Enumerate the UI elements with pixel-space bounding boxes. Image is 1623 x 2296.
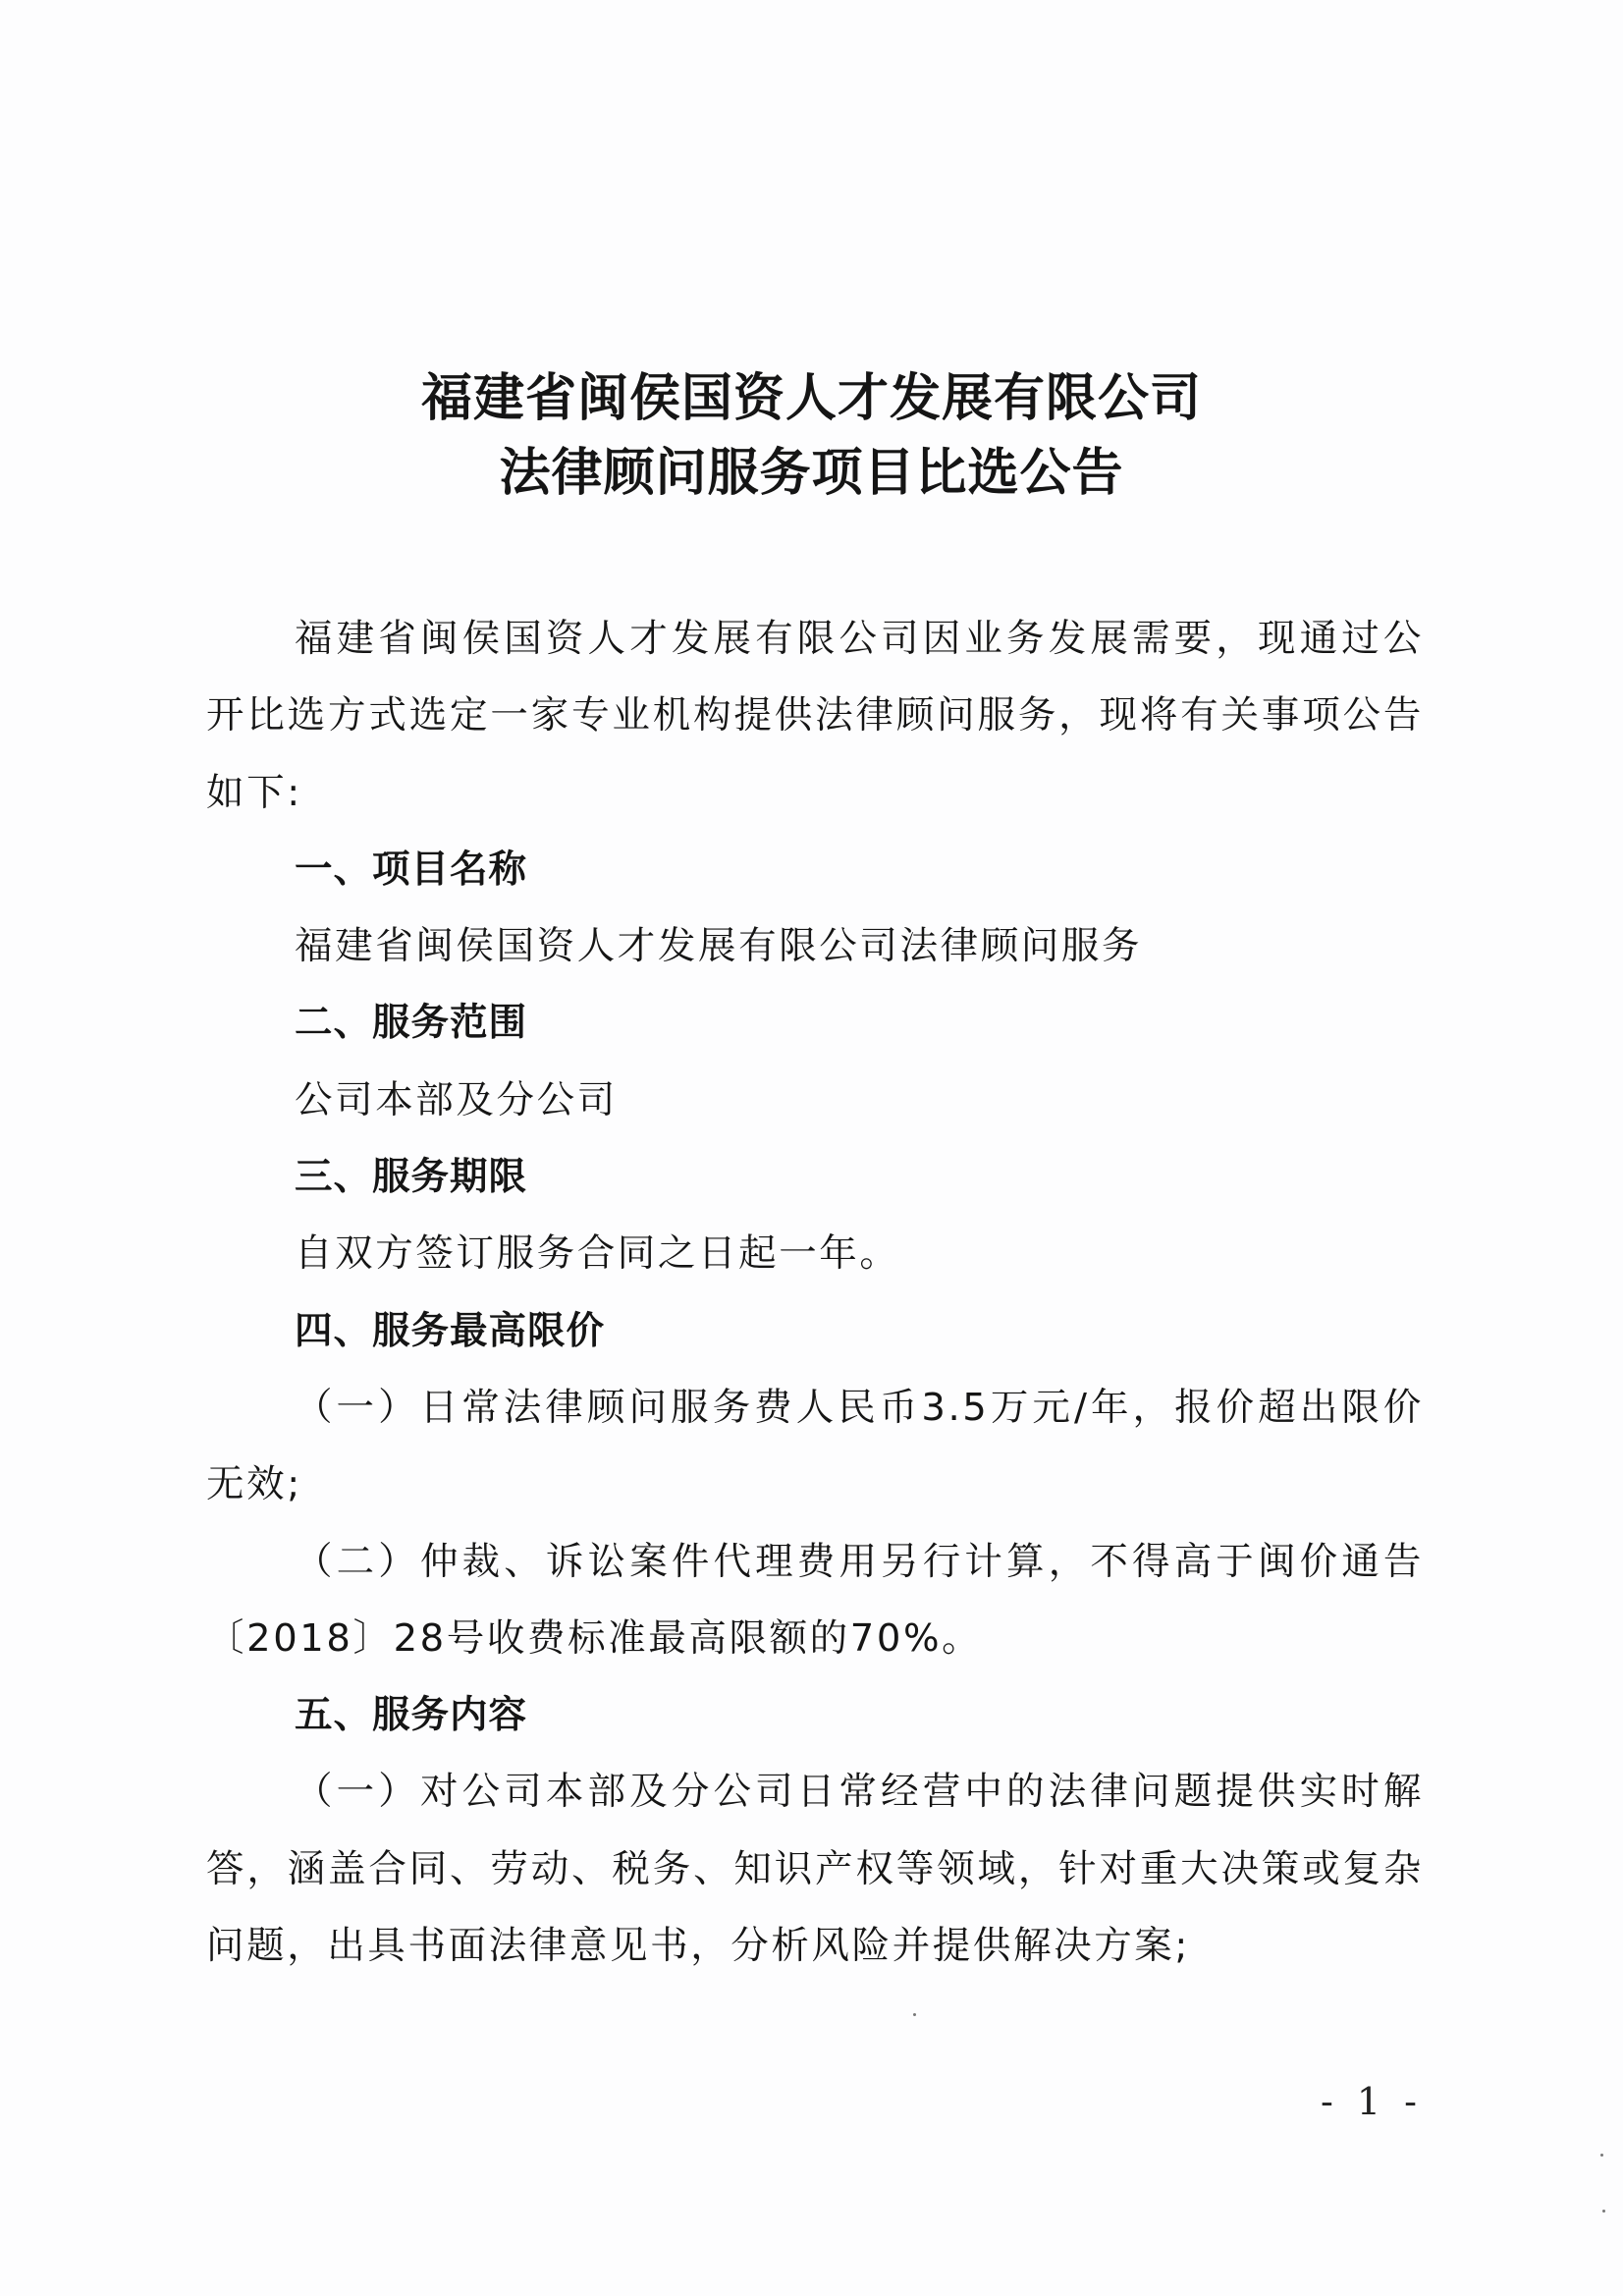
service-scope-text: 公司本部及分公司 [206, 1063, 1424, 1139]
page-number: - 1 - [1321, 2080, 1423, 2123]
section-heading-service-scope: 二、服务范围 [206, 985, 1424, 1062]
intro-paragraph: 福建省闽侯国资人才发展有限公司因业务发展需要，现通过公开比选方式选定一家专业机构… [206, 601, 1424, 832]
title-line-2: 法律顾问服务项目比选公告 [0, 436, 1623, 511]
section-heading-project-name: 一、项目名称 [206, 832, 1424, 908]
service-term-text: 自双方签订服务合同之日起一年。 [206, 1216, 1424, 1292]
project-name-text: 福建省闽侯国资人才发展有限公司法律顾问服务 [206, 908, 1424, 985]
document-title: 福建省闽侯国资人才发展有限公司 法律顾问服务项目比选公告 [0, 361, 1623, 511]
scan-speck [1600, 2154, 1603, 2157]
section-heading-price-cap: 四、服务最高限价 [206, 1293, 1424, 1370]
document-page: 福建省闽侯国资人才发展有限公司 法律顾问服务项目比选公告 福建省闽侯国资人才发展… [0, 0, 1623, 2296]
document-body: 福建省闽侯国资人才发展有限公司因业务发展需要，现通过公开比选方式选定一家专业机构… [206, 601, 1424, 1985]
price-cap-item-2: （二）仲裁、诉讼案件代理费用另行计算，不得高于闽价通告〔2018〕28号收费标准… [206, 1524, 1424, 1678]
title-line-1: 福建省闽侯国资人才发展有限公司 [0, 361, 1623, 436]
scan-speck [1602, 2210, 1605, 2213]
section-heading-service-content: 五、服务内容 [206, 1677, 1424, 1754]
service-content-item-1: （一）对公司本部及分公司日常经营中的法律问题提供实时解答，涵盖合同、劳动、税务、… [206, 1754, 1424, 1985]
scan-speck [913, 2013, 916, 2016]
price-cap-item-1: （一）日常法律顾问服务费人民币3.5万元/年，报价超出限价无效; [206, 1370, 1424, 1524]
section-heading-service-term: 三、服务期限 [206, 1139, 1424, 1216]
